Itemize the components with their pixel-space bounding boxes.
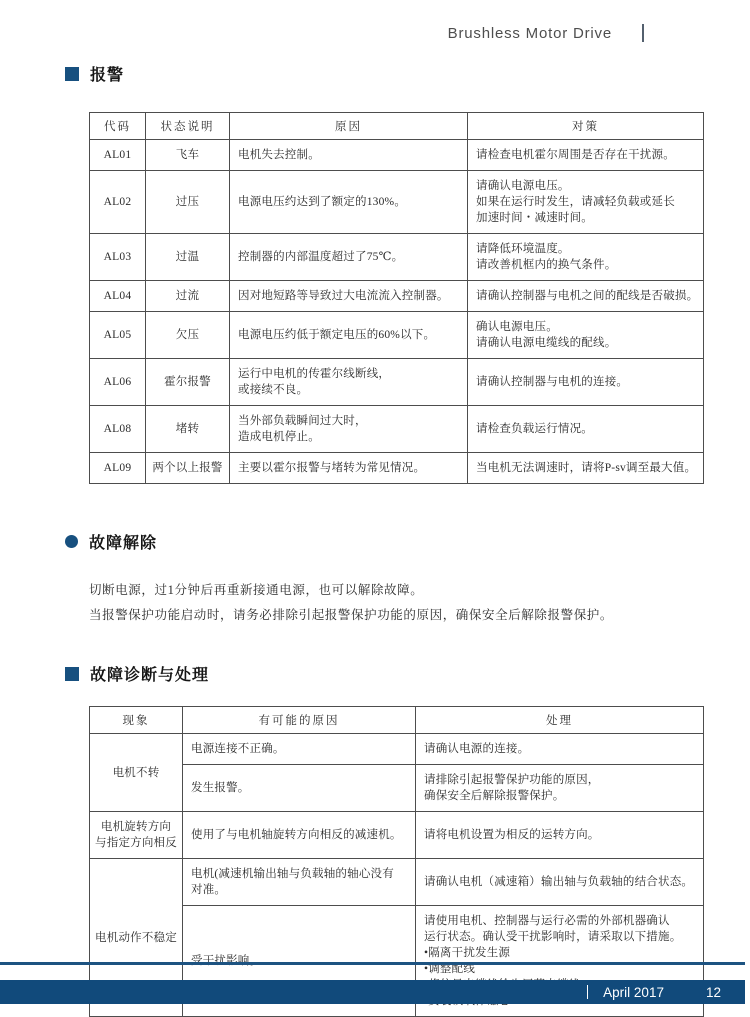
circle-bullet-icon [65, 535, 78, 548]
diagnosis-section-title: 故障诊断与处理 [90, 662, 209, 685]
alarm-status-cell: 过温 [146, 234, 230, 281]
column-header: 有可能的原因 [183, 707, 416, 734]
diagnosis-table-row: 电机不转电源连接不正确。请确认电源的连接。 [90, 734, 704, 765]
alarm-cause-cell: 电源电压约低于额定电压的60%以下。 [230, 312, 468, 359]
alarm-status-cell: 飞车 [146, 140, 230, 171]
diagnosis-action-cell: 请确认电源的连接。 [416, 734, 704, 765]
alarm-action-cell: 请确认控制器与电机的连接。 [468, 359, 704, 406]
diagnosis-table-row: 电机动作不稳定电机(减速机输出轴与负载轴的轴心没有 对准。请确认电机（减速箱）输… [90, 859, 704, 906]
alarm-action-cell: 当电机无法调速时，请将P-sv调至最大值。 [468, 453, 704, 484]
diagnosis-phenomenon-cell: 电机不转 [90, 734, 183, 812]
column-header: 状态说明 [146, 113, 230, 140]
diagnosis-cause-cell: 使用了与电机轴旋转方向相反的减速机。 [183, 812, 416, 859]
alarm-table: 代码状态说明原因对策 AL01飞车电机失去控制。请检查电机霍尔周围是否存在干扰源… [89, 112, 704, 484]
diagnosis-table-header-row: 现象有可能的原因处理 [90, 707, 704, 734]
alarm-status-cell: 两个以上报警 [146, 453, 230, 484]
alarm-table-row: AL02过压电源电压约达到了额定的130%。请确认电源电压。 如果在运行时发生，… [90, 171, 704, 234]
column-header: 原因 [230, 113, 468, 140]
diagnosis-phenomenon-cell: 电机旋转方向 与指定方向相反 [90, 812, 183, 859]
alarm-table-row: AL09两个以上报警主要以霍尔报警与堵转为常见情况。当电机无法调速时，请将P-s… [90, 453, 704, 484]
fault-clear-line: 当报警保护功能启动时，请务必排除引起报警保护功能的原因，确保安全后解除报警保护。 [89, 604, 750, 626]
column-header: 代码 [90, 113, 146, 140]
column-header: 现象 [90, 707, 183, 734]
alarm-code-cell: AL02 [90, 171, 146, 234]
fault-clear-section-title: 故障解除 [89, 530, 157, 553]
alarm-table-row: AL05欠压电源电压约低于额定电压的60%以下。确认电源电压。 请确认电源电缆线… [90, 312, 704, 359]
square-bullet-icon [65, 67, 79, 81]
alarm-status-cell: 过压 [146, 171, 230, 234]
diagnosis-table-row: 电机旋转方向 与指定方向相反使用了与电机轴旋转方向相反的减速机。请将电机设置为相… [90, 812, 704, 859]
column-header: 处理 [416, 707, 704, 734]
alarm-action-cell: 请检查电机霍尔周围是否存在干扰源。 [468, 140, 704, 171]
alarm-code-cell: AL08 [90, 406, 146, 453]
diagnosis-action-cell: 请排除引起报警保护功能的原因， 确保安全后解除报警保护。 [416, 765, 704, 812]
diagnosis-action-cell: 请将电机设置为相反的运转方向。 [416, 812, 704, 859]
alarm-cause-cell: 因对地短路等导致过大电流流入控制器。 [230, 281, 468, 312]
alarm-status-cell: 过流 [146, 281, 230, 312]
diagnosis-cause-cell: 电机(减速机输出轴与负载轴的轴心没有 对准。 [183, 859, 416, 906]
page-header-title: Brushless Motor Drive [448, 25, 612, 42]
fault-clear-line: 切断电源，过1分钟后再重新接通电源，也可以解除故障。 [89, 579, 750, 601]
footer-date: April 2017 [603, 985, 664, 1000]
alarm-action-cell: 请检查负载运行情况。 [468, 406, 704, 453]
column-header: 对策 [468, 113, 704, 140]
header-separator-bar-icon [642, 24, 644, 42]
fault-clear-section-heading: 故障解除 [65, 530, 750, 553]
alarm-action-cell: 请确认控制器与电机之间的配线是否破损。 [468, 281, 704, 312]
alarm-table-row: AL03过温控制器的内部温度超过了75℃。请降低环境温度。 请改善机框内的换气条… [90, 234, 704, 281]
alarm-code-cell: AL05 [90, 312, 146, 359]
footer-bar: April 2017 12 [0, 980, 745, 1004]
diagnosis-section-heading: 故障诊断与处理 [65, 662, 750, 685]
alarm-action-cell: 请降低环境温度。 请改善机框内的换气条件。 [468, 234, 704, 281]
footer-page-number: 12 [706, 985, 721, 1000]
alarm-cause-cell: 主要以霍尔报警与堵转为常见情况。 [230, 453, 468, 484]
alarm-table-row: AL08堵转当外部负载瞬间过大时， 造成电机停止。请检查负载运行情况。 [90, 406, 704, 453]
alarm-status-cell: 欠压 [146, 312, 230, 359]
alarm-status-cell: 霍尔报警 [146, 359, 230, 406]
footer-separator-bar-icon [587, 985, 588, 999]
alarm-cause-cell: 电机失去控制。 [230, 140, 468, 171]
alarm-action-cell: 确认电源电压。 请确认电源电缆线的配线。 [468, 312, 704, 359]
alarm-cause-cell: 当外部负载瞬间过大时， 造成电机停止。 [230, 406, 468, 453]
alarm-cause-cell: 电源电压约达到了额定的130%。 [230, 171, 468, 234]
diagnosis-cause-cell: 电源连接不正确。 [183, 734, 416, 765]
alarm-code-cell: AL06 [90, 359, 146, 406]
page-header: Brushless Motor Drive [0, 0, 750, 42]
footer-accent-line [0, 962, 745, 965]
diagnosis-cause-cell: 发生报警。 [183, 765, 416, 812]
alarm-code-cell: AL03 [90, 234, 146, 281]
alarm-section-title: 报警 [90, 62, 124, 85]
diagnosis-table-row: 发生报警。请排除引起报警保护功能的原因， 确保安全后解除报警保护。 [90, 765, 704, 812]
fault-clear-paragraphs: 切断电源，过1分钟后再重新接通电源，也可以解除故障。 当报警保护功能启动时，请务… [89, 579, 750, 626]
alarm-table-row: AL06霍尔报警运行中电机的传霍尔线断线， 或接续不良。请确认控制器与电机的连接… [90, 359, 704, 406]
alarm-table-header-row: 代码状态说明原因对策 [90, 113, 704, 140]
alarm-cause-cell: 控制器的内部温度超过了75℃。 [230, 234, 468, 281]
alarm-code-cell: AL01 [90, 140, 146, 171]
alarm-status-cell: 堵转 [146, 406, 230, 453]
alarm-table-row: AL01飞车电机失去控制。请检查电机霍尔周围是否存在干扰源。 [90, 140, 704, 171]
alarm-table-row: AL04过流因对地短路等导致过大电流流入控制器。请确认控制器与电机之间的配线是否… [90, 281, 704, 312]
alarm-code-cell: AL09 [90, 453, 146, 484]
alarm-action-cell: 请确认电源电压。 如果在运行时发生，请减轻负载或延长 加速时间・减速时间。 [468, 171, 704, 234]
alarm-section-heading: 报警 [65, 62, 750, 85]
diagnosis-table: 现象有可能的原因处理 电机不转电源连接不正确。请确认电源的连接。发生报警。请排除… [89, 706, 704, 1017]
alarm-code-cell: AL04 [90, 281, 146, 312]
diagnosis-action-cell: 请确认电机（减速箱）输出轴与负载轴的结合状态。 [416, 859, 704, 906]
alarm-cause-cell: 运行中电机的传霍尔线断线， 或接续不良。 [230, 359, 468, 406]
square-bullet-icon [65, 667, 79, 681]
